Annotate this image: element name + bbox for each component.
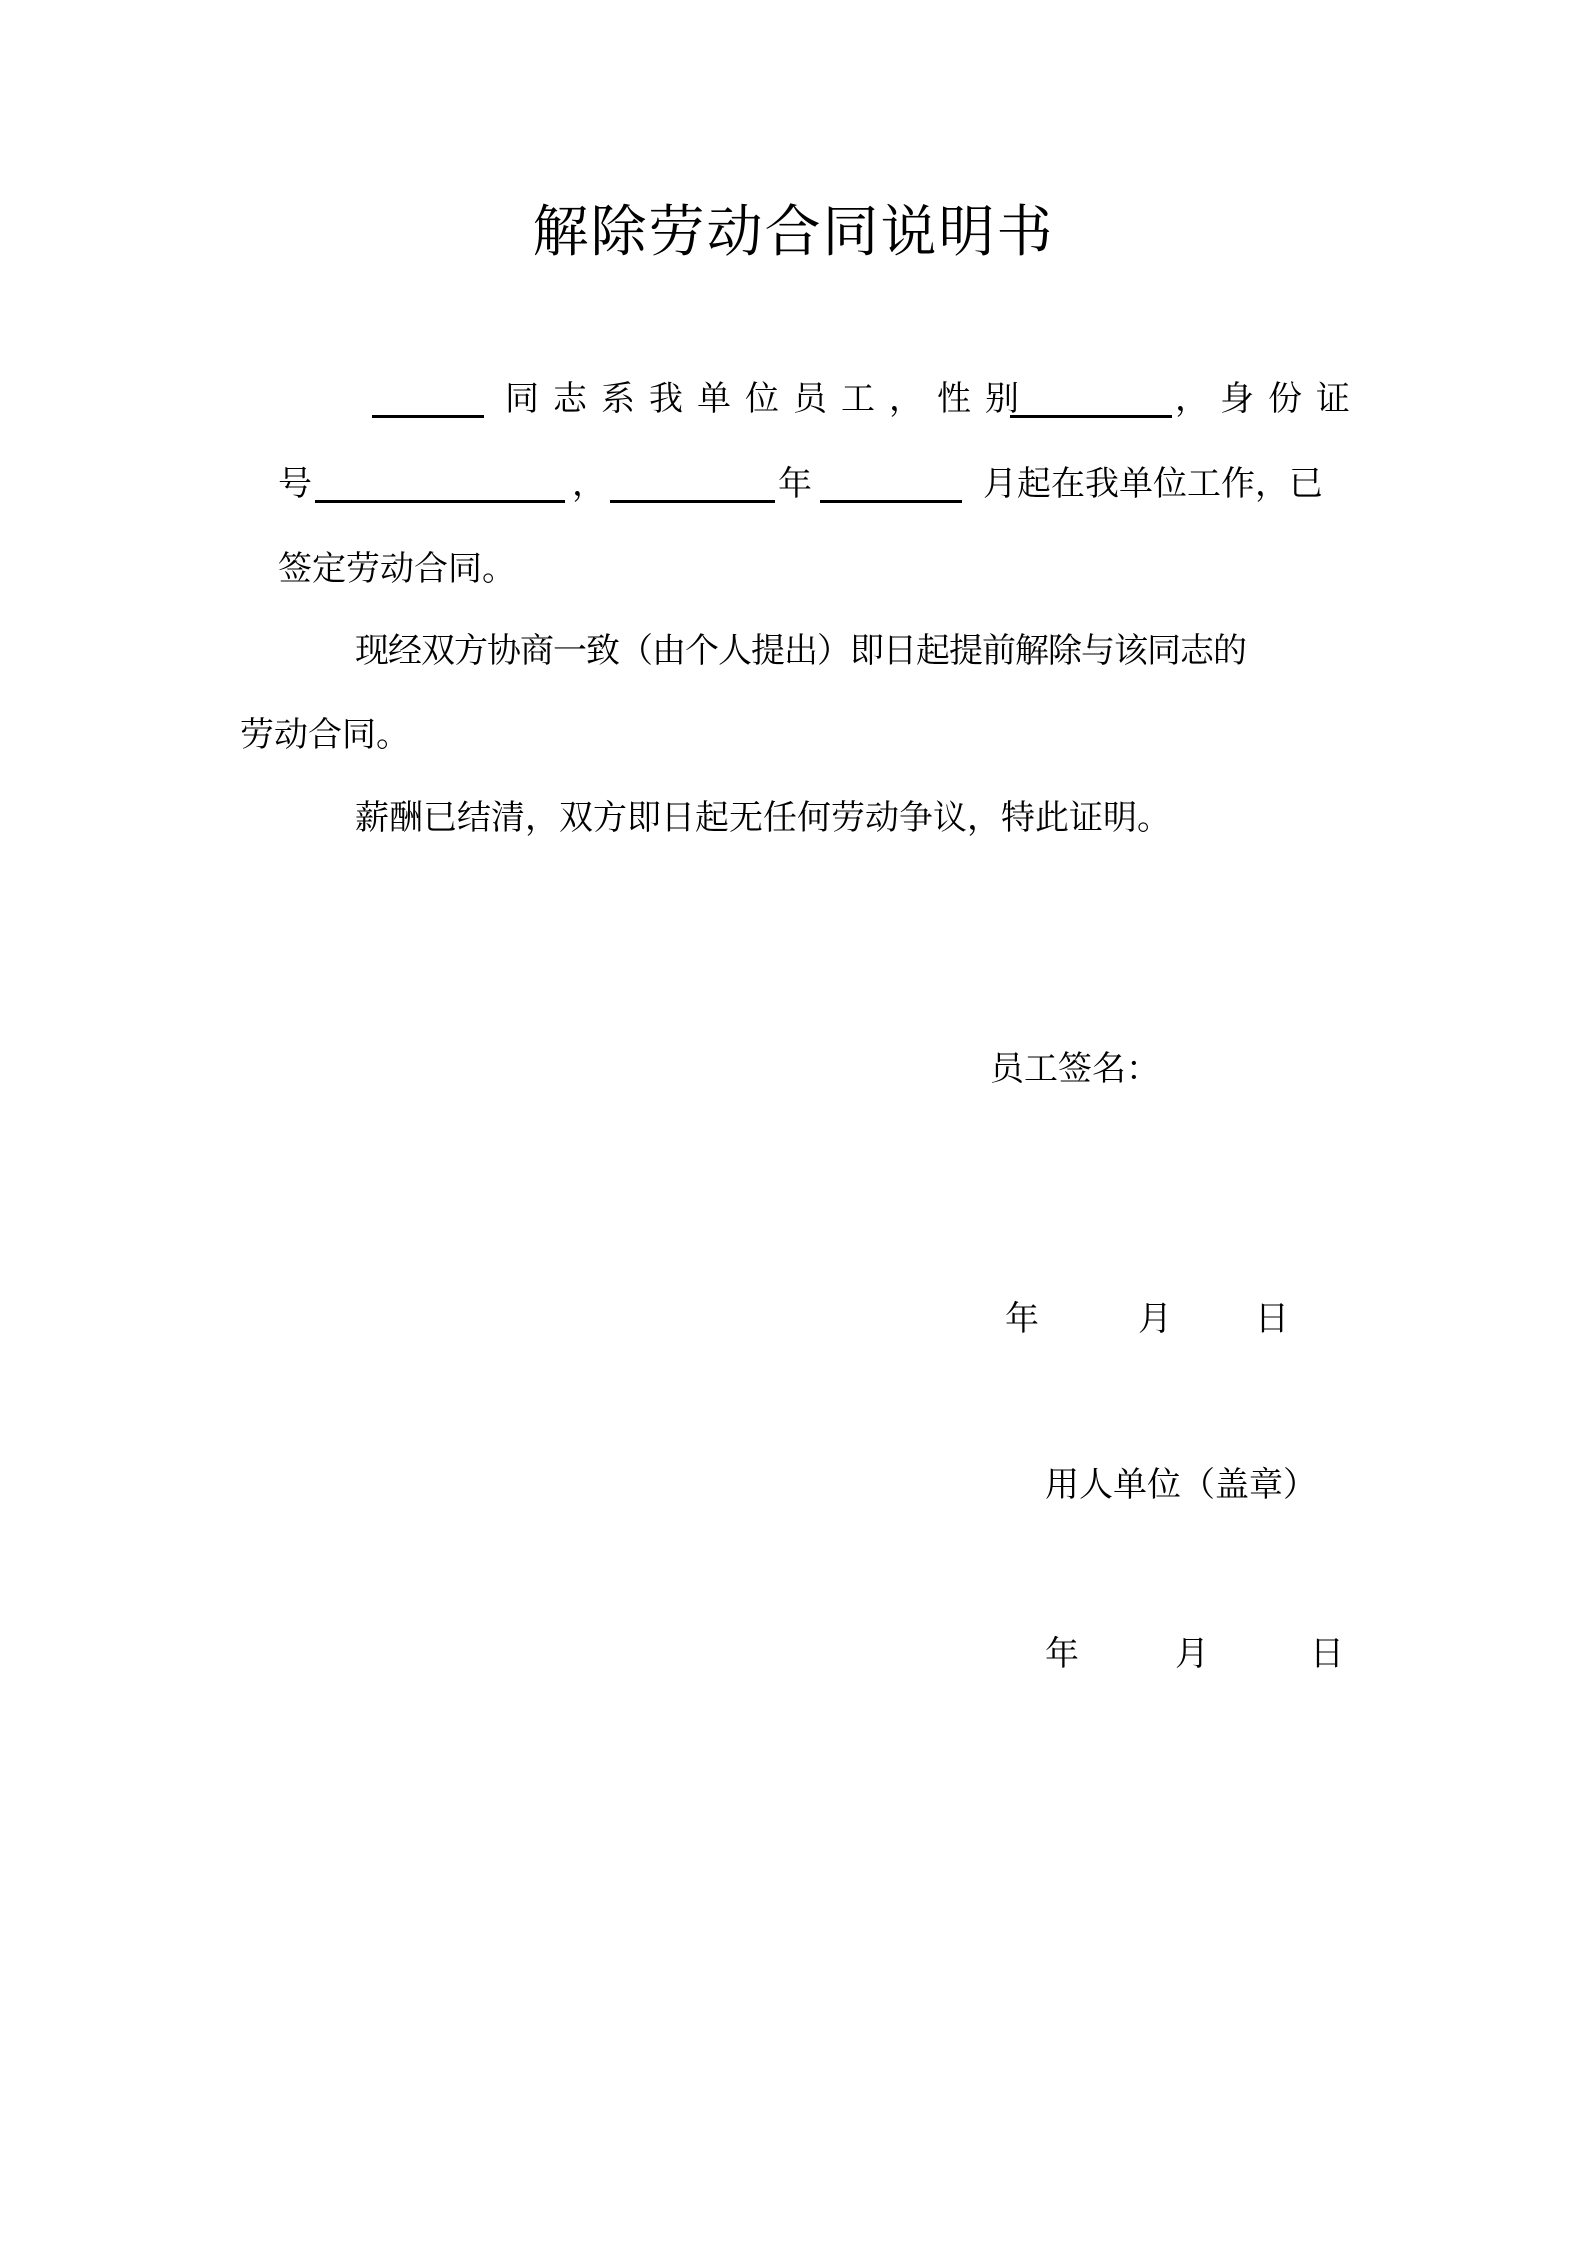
employee-date-month: 月 xyxy=(1138,1302,1172,1336)
id-suffix-text: 号 xyxy=(278,467,312,501)
document-title: 解除劳动合同说明书 xyxy=(0,205,1587,261)
contract-signed-text: 签定劳动合同。 xyxy=(278,552,516,586)
employer-seal-label: 用人单位（盖章） xyxy=(1045,1468,1317,1502)
start-month-blank-field[interactable] xyxy=(820,500,962,503)
employer-date-year: 年 xyxy=(1045,1637,1079,1671)
id-number-blank-field[interactable] xyxy=(315,500,565,503)
employee-intro-text: 同志系我单位员工，性别 xyxy=(505,382,1033,416)
work-start-text: 月起在我单位工作，已 xyxy=(983,467,1323,501)
employee-signature-label: 员工签名： xyxy=(990,1052,1160,1086)
employer-date-month: 月 xyxy=(1175,1637,1209,1671)
year-label: 年 xyxy=(778,467,812,501)
start-year-blank-field[interactable] xyxy=(610,500,775,503)
employee-date-day: 日 xyxy=(1255,1302,1289,1336)
comma-text: ， xyxy=(1175,382,1209,416)
settlement-text: 薪酬已结清，双方即日起无任何劳动争议，特此证明。 xyxy=(355,801,1171,835)
termination-text-line1: 现经双方协商一致（由个人提出）即日起提前解除与该同志的 xyxy=(355,634,1246,668)
document-page: 解除劳动合同说明书 同志系我单位员工，性别 ， 身份证 号 ， 年 月起在我单位… xyxy=(0,0,1587,2245)
employee-date-year: 年 xyxy=(1005,1302,1039,1336)
comma-text: ， xyxy=(572,467,606,501)
name-blank-field[interactable] xyxy=(372,415,484,418)
termination-text-line2: 劳动合同。 xyxy=(240,718,410,752)
employer-date-day: 日 xyxy=(1310,1637,1344,1671)
id-label-text: 身份证 xyxy=(1220,382,1364,416)
gender-blank-field[interactable] xyxy=(1010,415,1172,418)
